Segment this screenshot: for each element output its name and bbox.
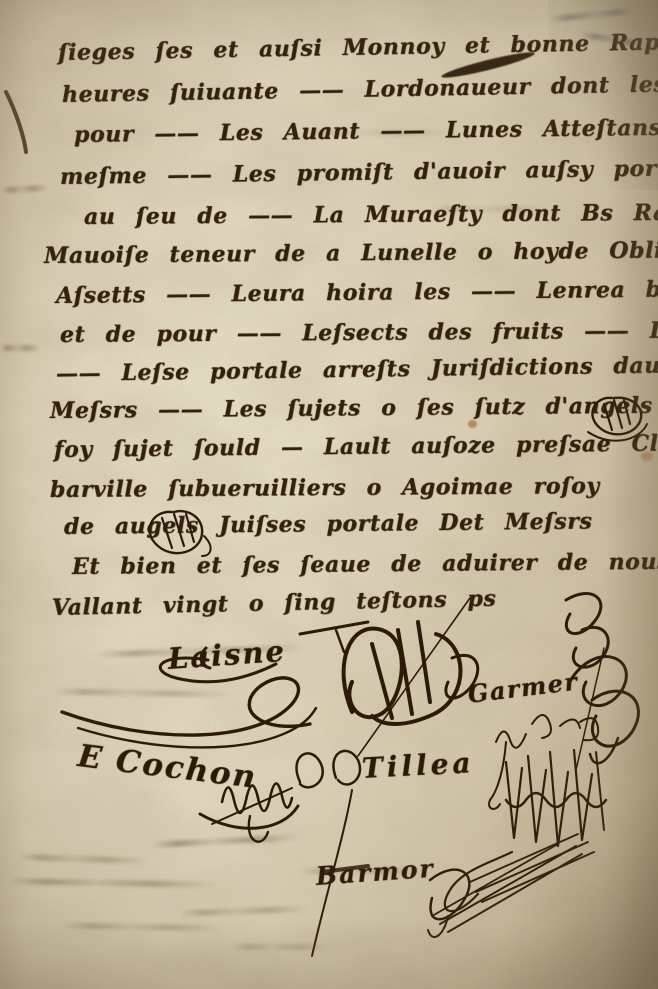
foxing-spot bbox=[468, 420, 477, 428]
show-through-mark bbox=[230, 944, 330, 950]
laisne-monogram bbox=[300, 598, 478, 756]
manuscript-line-8: et de pour —— Leſsects des fruits —— Les… bbox=[60, 317, 658, 348]
manuscript-line-10: Meſsrs —— Les ſujets o ſes ſutz d'angels bbox=[50, 393, 653, 424]
manuscript-line-7: Aſsetts —— Leura hoira les —— Lenrea bul… bbox=[56, 276, 658, 309]
show-through-mark bbox=[8, 878, 218, 888]
show-through-mark bbox=[52, 688, 232, 697]
signature-cochon: E Cochon bbox=[76, 738, 259, 796]
manuscript-line-5: au ſeu de —— La Muraeſty dont Bs Rachel bbox=[84, 200, 658, 230]
show-through-mark bbox=[150, 834, 300, 848]
manuscript-line-6: Mauoiſe teneur de a Lunelle o hoyde Obli… bbox=[44, 237, 658, 269]
paraph-line15 bbox=[566, 594, 608, 668]
manuscript-line-1: ſieges ſes et auſsi Monnoy et bonne Rapa… bbox=[58, 29, 658, 66]
show-through-mark bbox=[62, 923, 222, 932]
show-through-mark bbox=[0, 345, 40, 351]
manuscript-line-9: —— Leſse portale arreſts Juriſdictions d… bbox=[56, 352, 658, 387]
show-through-mark bbox=[18, 854, 148, 865]
manuscript-page: ſieges ſes et auſsi Monnoy et bonne Rapa… bbox=[0, 0, 658, 989]
edge-ink-slash bbox=[6, 92, 26, 152]
signature-barmor-bottom: Barmor bbox=[315, 854, 436, 891]
manuscript-line-14: Et bien et ſes ſeaue de aduirer de nous bbox=[72, 549, 658, 580]
manuscript-line-12: barville ſubueruilliers o Agoimae roſoy bbox=[50, 473, 600, 503]
manuscript-line-11: foy ſujet ſould — Lault auſoze preſsae C… bbox=[54, 430, 658, 463]
garmer-paraph bbox=[496, 648, 638, 770]
signature-garmer: Garmer bbox=[466, 667, 580, 709]
manuscript-line-13: de augels Juiſses portale Det Meſsrs bbox=[64, 508, 593, 540]
signature-laisne: Laisne bbox=[167, 634, 287, 676]
manuscript-line-2: heures ſuiuante —— Lordonaueur dont les … bbox=[62, 71, 658, 108]
show-through-mark bbox=[548, 8, 634, 23]
manuscript-line-15: Vallant vingt o ſing teſtons ps bbox=[52, 586, 497, 621]
manuscript-line-3: pour —— Les Auant —— Lunes Atteſtans les… bbox=[74, 114, 658, 148]
foxing-spot bbox=[641, 452, 653, 461]
signature-tillea: Tillea bbox=[361, 746, 475, 785]
page-corner-shadow bbox=[498, 789, 658, 989]
show-through-mark bbox=[2, 185, 48, 193]
show-through-mark bbox=[180, 906, 310, 917]
manuscript-line-4: meſme —— Les promiſt d'auoir auſsy porté… bbox=[60, 155, 658, 190]
